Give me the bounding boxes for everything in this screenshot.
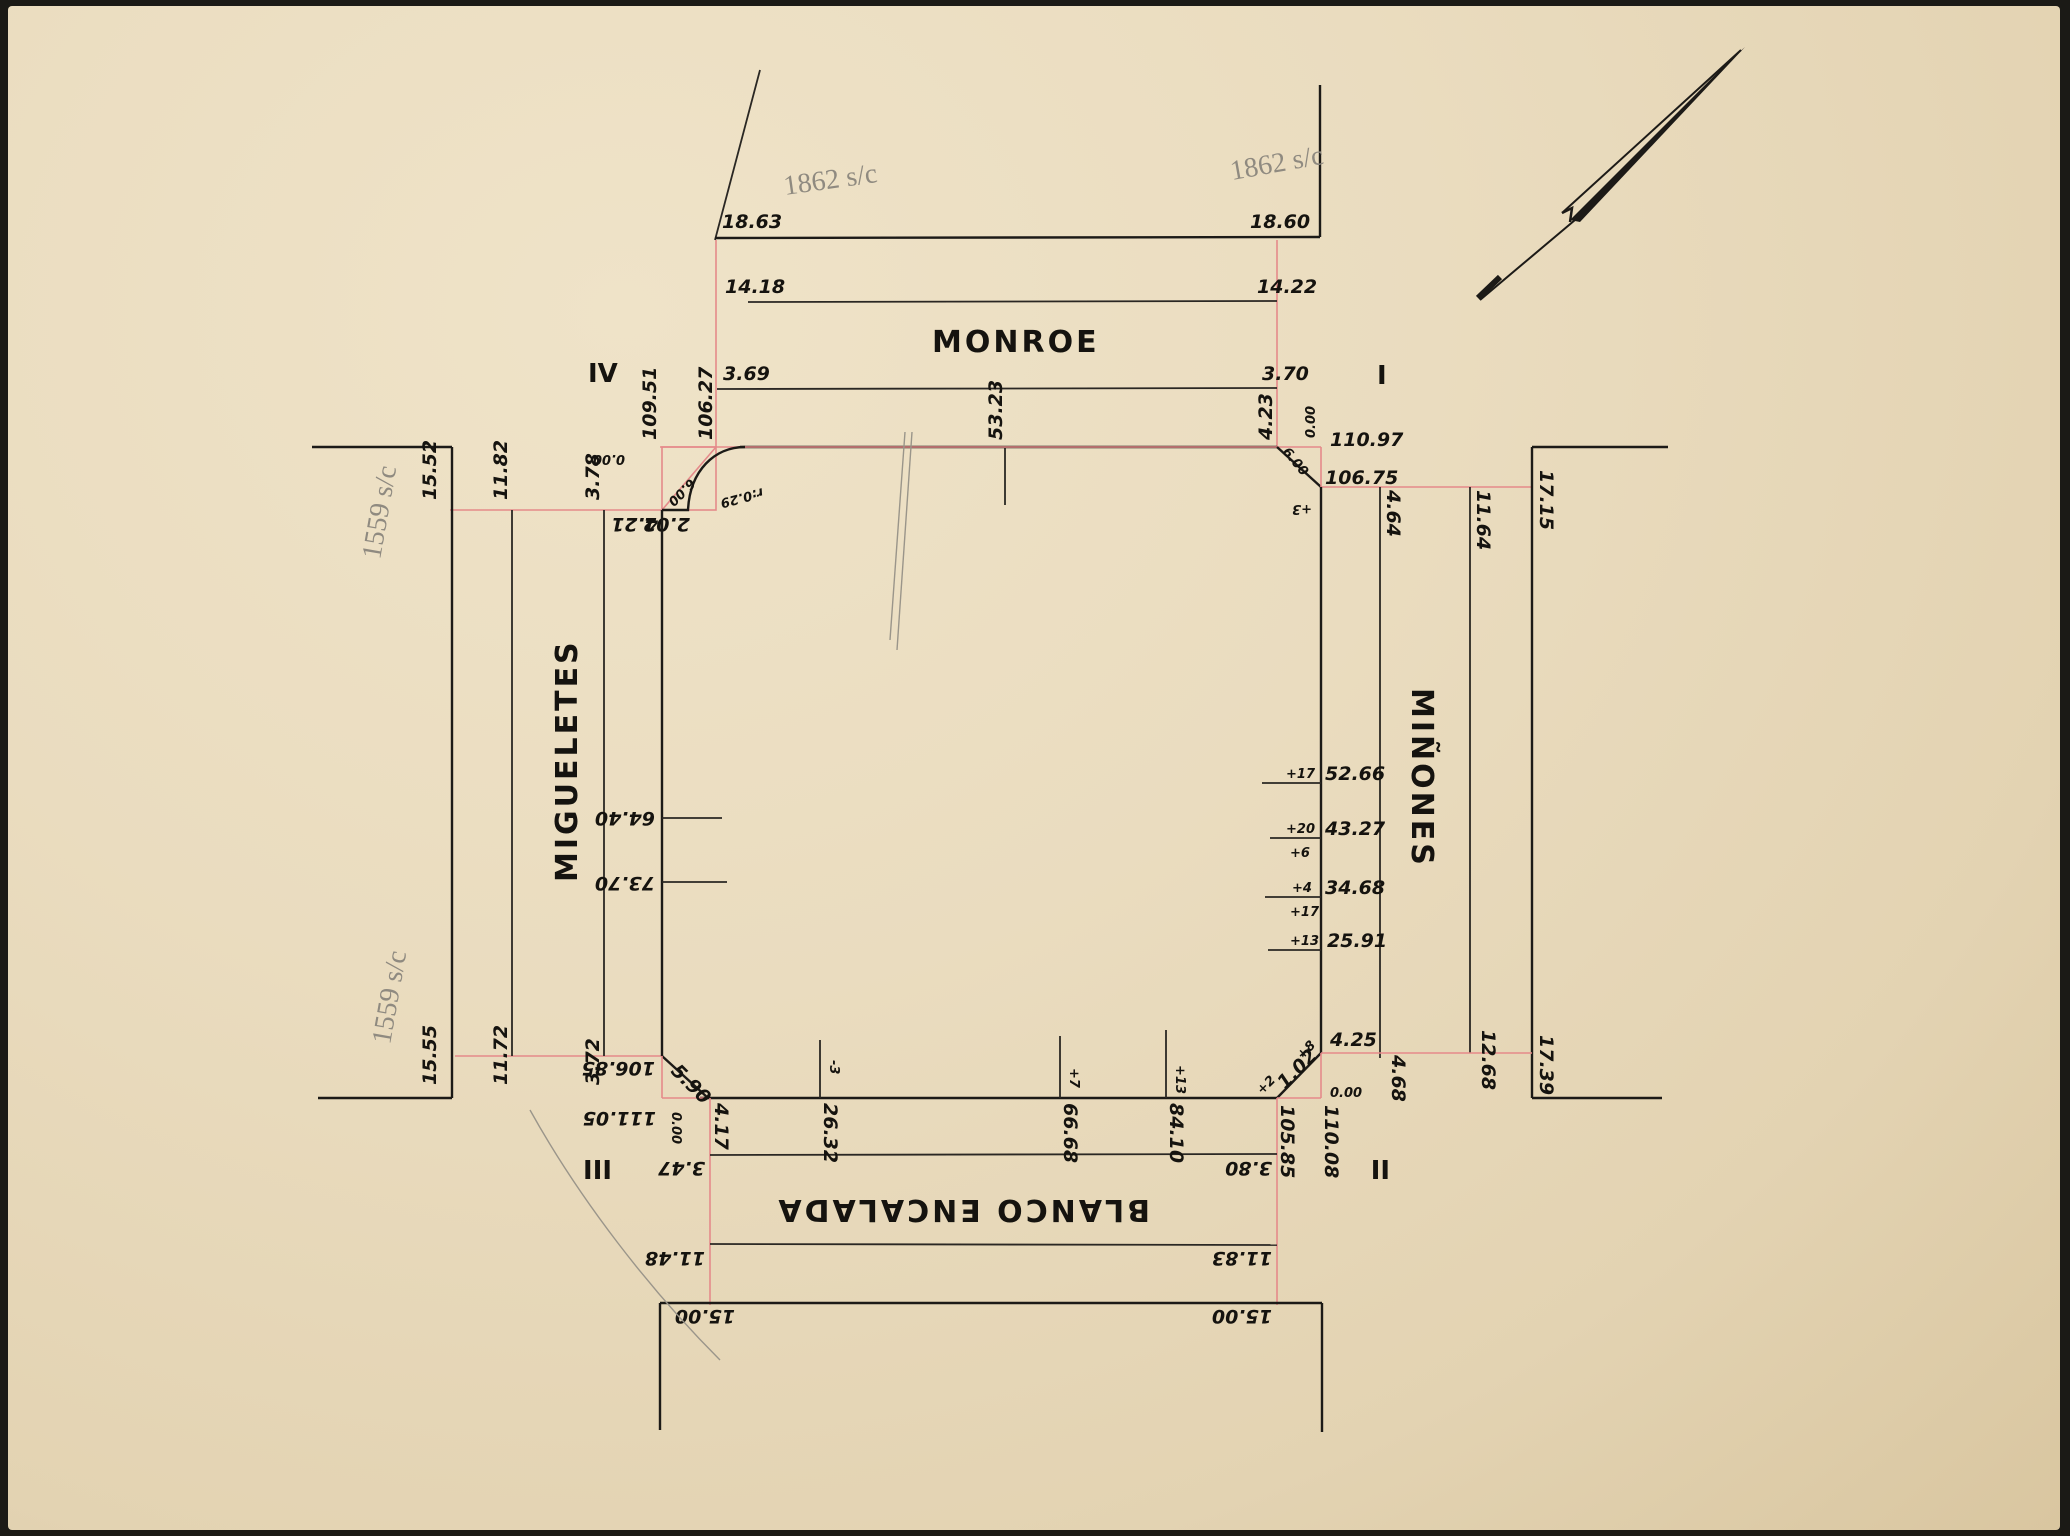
pencil-note-top-left: 1862 s/c: [782, 158, 880, 202]
right-mid-bottom: 12.68: [1477, 1030, 1499, 1090]
right-offset-label-3: +4: [1292, 881, 1312, 896]
corner-iv-a: 109.51: [639, 367, 661, 440]
bottom-outer-right: 15.00: [1212, 1305, 1272, 1327]
bottom-street-block: [660, 1030, 1322, 1432]
corner-label-iv: IV: [588, 359, 618, 389]
corner-iv-e: 4.21: [611, 513, 659, 535]
bottom-line2-left: 3.47: [657, 1157, 705, 1179]
corner-i-a: 0.00: [1304, 406, 1319, 438]
right-offset-value-3: 34.68: [1325, 877, 1385, 899]
right-offset-label-1: +17: [1286, 767, 1316, 782]
top-line3-left: 3.69: [723, 363, 770, 385]
right-corner-bottom: 4.25: [1329, 1029, 1377, 1051]
top-outer-right: 18.60: [1250, 211, 1310, 233]
corner-label-ii: II: [1371, 1153, 1390, 1183]
bottom-offset-value-3: 84.10: [1165, 1103, 1187, 1163]
corner-i-e: +3: [1292, 501, 1312, 516]
bottom-offset-value-1: 26.32: [819, 1103, 841, 1163]
corner-ii-e: 110.08: [1320, 1105, 1342, 1178]
right-offset-label-2: +20: [1286, 822, 1315, 837]
left-mid-top: 11.82: [490, 440, 512, 500]
bottom-line3-left: 11.48: [645, 1247, 705, 1269]
bottom-offset-value-2: 66.68: [1059, 1103, 1081, 1163]
right-offset-value-2: 43.27: [1324, 818, 1386, 840]
left-near-top: 3.78: [582, 453, 604, 500]
right-near-top: 4.64: [1382, 489, 1404, 537]
bottom-line2-right: 3.80: [1225, 1157, 1272, 1179]
right-offset-below-2: +6: [1290, 846, 1310, 861]
pencil-note-left-lower: 1559 s/c: [366, 948, 413, 1046]
bottom-outer-left: 15.00: [675, 1305, 735, 1327]
corner-label-iii: III: [583, 1153, 612, 1183]
left-near-bottom: 3.72: [582, 1038, 604, 1085]
top-line2-left: 14.18: [725, 276, 785, 298]
right-outer-bottom: 17.39: [1535, 1035, 1557, 1095]
left-outer-top: 15.52: [419, 440, 441, 500]
right-mid-top: 11.64: [1472, 490, 1494, 550]
corner-ii-d: 0.00: [1330, 1086, 1362, 1101]
left-offset-value-1: 64.40: [595, 807, 655, 829]
left-mid-bottom: 11.72: [490, 1025, 512, 1085]
bottom-near-left: 4.17: [710, 1102, 732, 1151]
street-label-blanco-encalada: BLANCO ENCALADA: [775, 1192, 1150, 1227]
right-outer-top: 17.15: [1535, 470, 1557, 530]
survey-plan: 18.63 18.60 14.18 14.22 3.69 3.70 MONROE…: [0, 0, 2070, 1536]
bottom-offset-label-2: +7: [1066, 1068, 1081, 1089]
pencil-note-top-right: 1862 s/c: [1228, 140, 1326, 187]
left-offset-value-2: 73.70: [595, 872, 655, 894]
street-label-migueletes: MIGUELETES: [550, 639, 585, 882]
corner-ii-f: 105.85: [1276, 1105, 1298, 1178]
north-arrow-icon: [1478, 47, 1745, 300]
corner-iii-a: 5.90: [666, 1060, 715, 1109]
corner-i-b: 110.97: [1330, 429, 1404, 451]
bottom-offset-label-3: +13: [1172, 1065, 1187, 1094]
corner-iv-c: 6.00: [664, 475, 697, 508]
corner-iii-c: 111.05: [583, 1107, 656, 1129]
street-label-minones: MIÑONES: [1404, 688, 1441, 868]
top-mid-value: 53.23: [985, 380, 1007, 440]
bottom-offset-label-1: -3: [826, 1060, 841, 1074]
right-offset-label-4: +13: [1290, 934, 1319, 949]
top-outer-left: 18.63: [722, 211, 782, 233]
right-offset-value-4: 25.91: [1327, 930, 1387, 952]
top-corner-right: 4.23: [1255, 393, 1277, 441]
top-line2-right: 14.22: [1257, 276, 1317, 298]
street-label-monroe: MONROE: [932, 325, 1100, 360]
corner-label-i: I: [1377, 361, 1387, 391]
right-near-bottom: 4.68: [1387, 1054, 1409, 1102]
top-corner-left: 106.27: [695, 366, 717, 440]
corner-iv-radius: r:0.29: [719, 484, 765, 510]
top-line3-right: 3.70: [1262, 363, 1309, 385]
corner-iii-b: 0.00: [668, 1112, 683, 1144]
corner-i-geometry: [1277, 447, 1533, 487]
right-offset-below-3: +17: [1290, 905, 1320, 920]
right-street-block: [1262, 447, 1668, 1098]
left-outer-bottom: 15.55: [419, 1025, 441, 1085]
bottom-line3-right: 11.83: [1212, 1247, 1272, 1269]
pencil-note-left-upper: 1559 s/c: [356, 463, 403, 561]
right-offset-value-1: 52.66: [1325, 763, 1385, 785]
corner-i-d: 106.75: [1325, 467, 1398, 489]
